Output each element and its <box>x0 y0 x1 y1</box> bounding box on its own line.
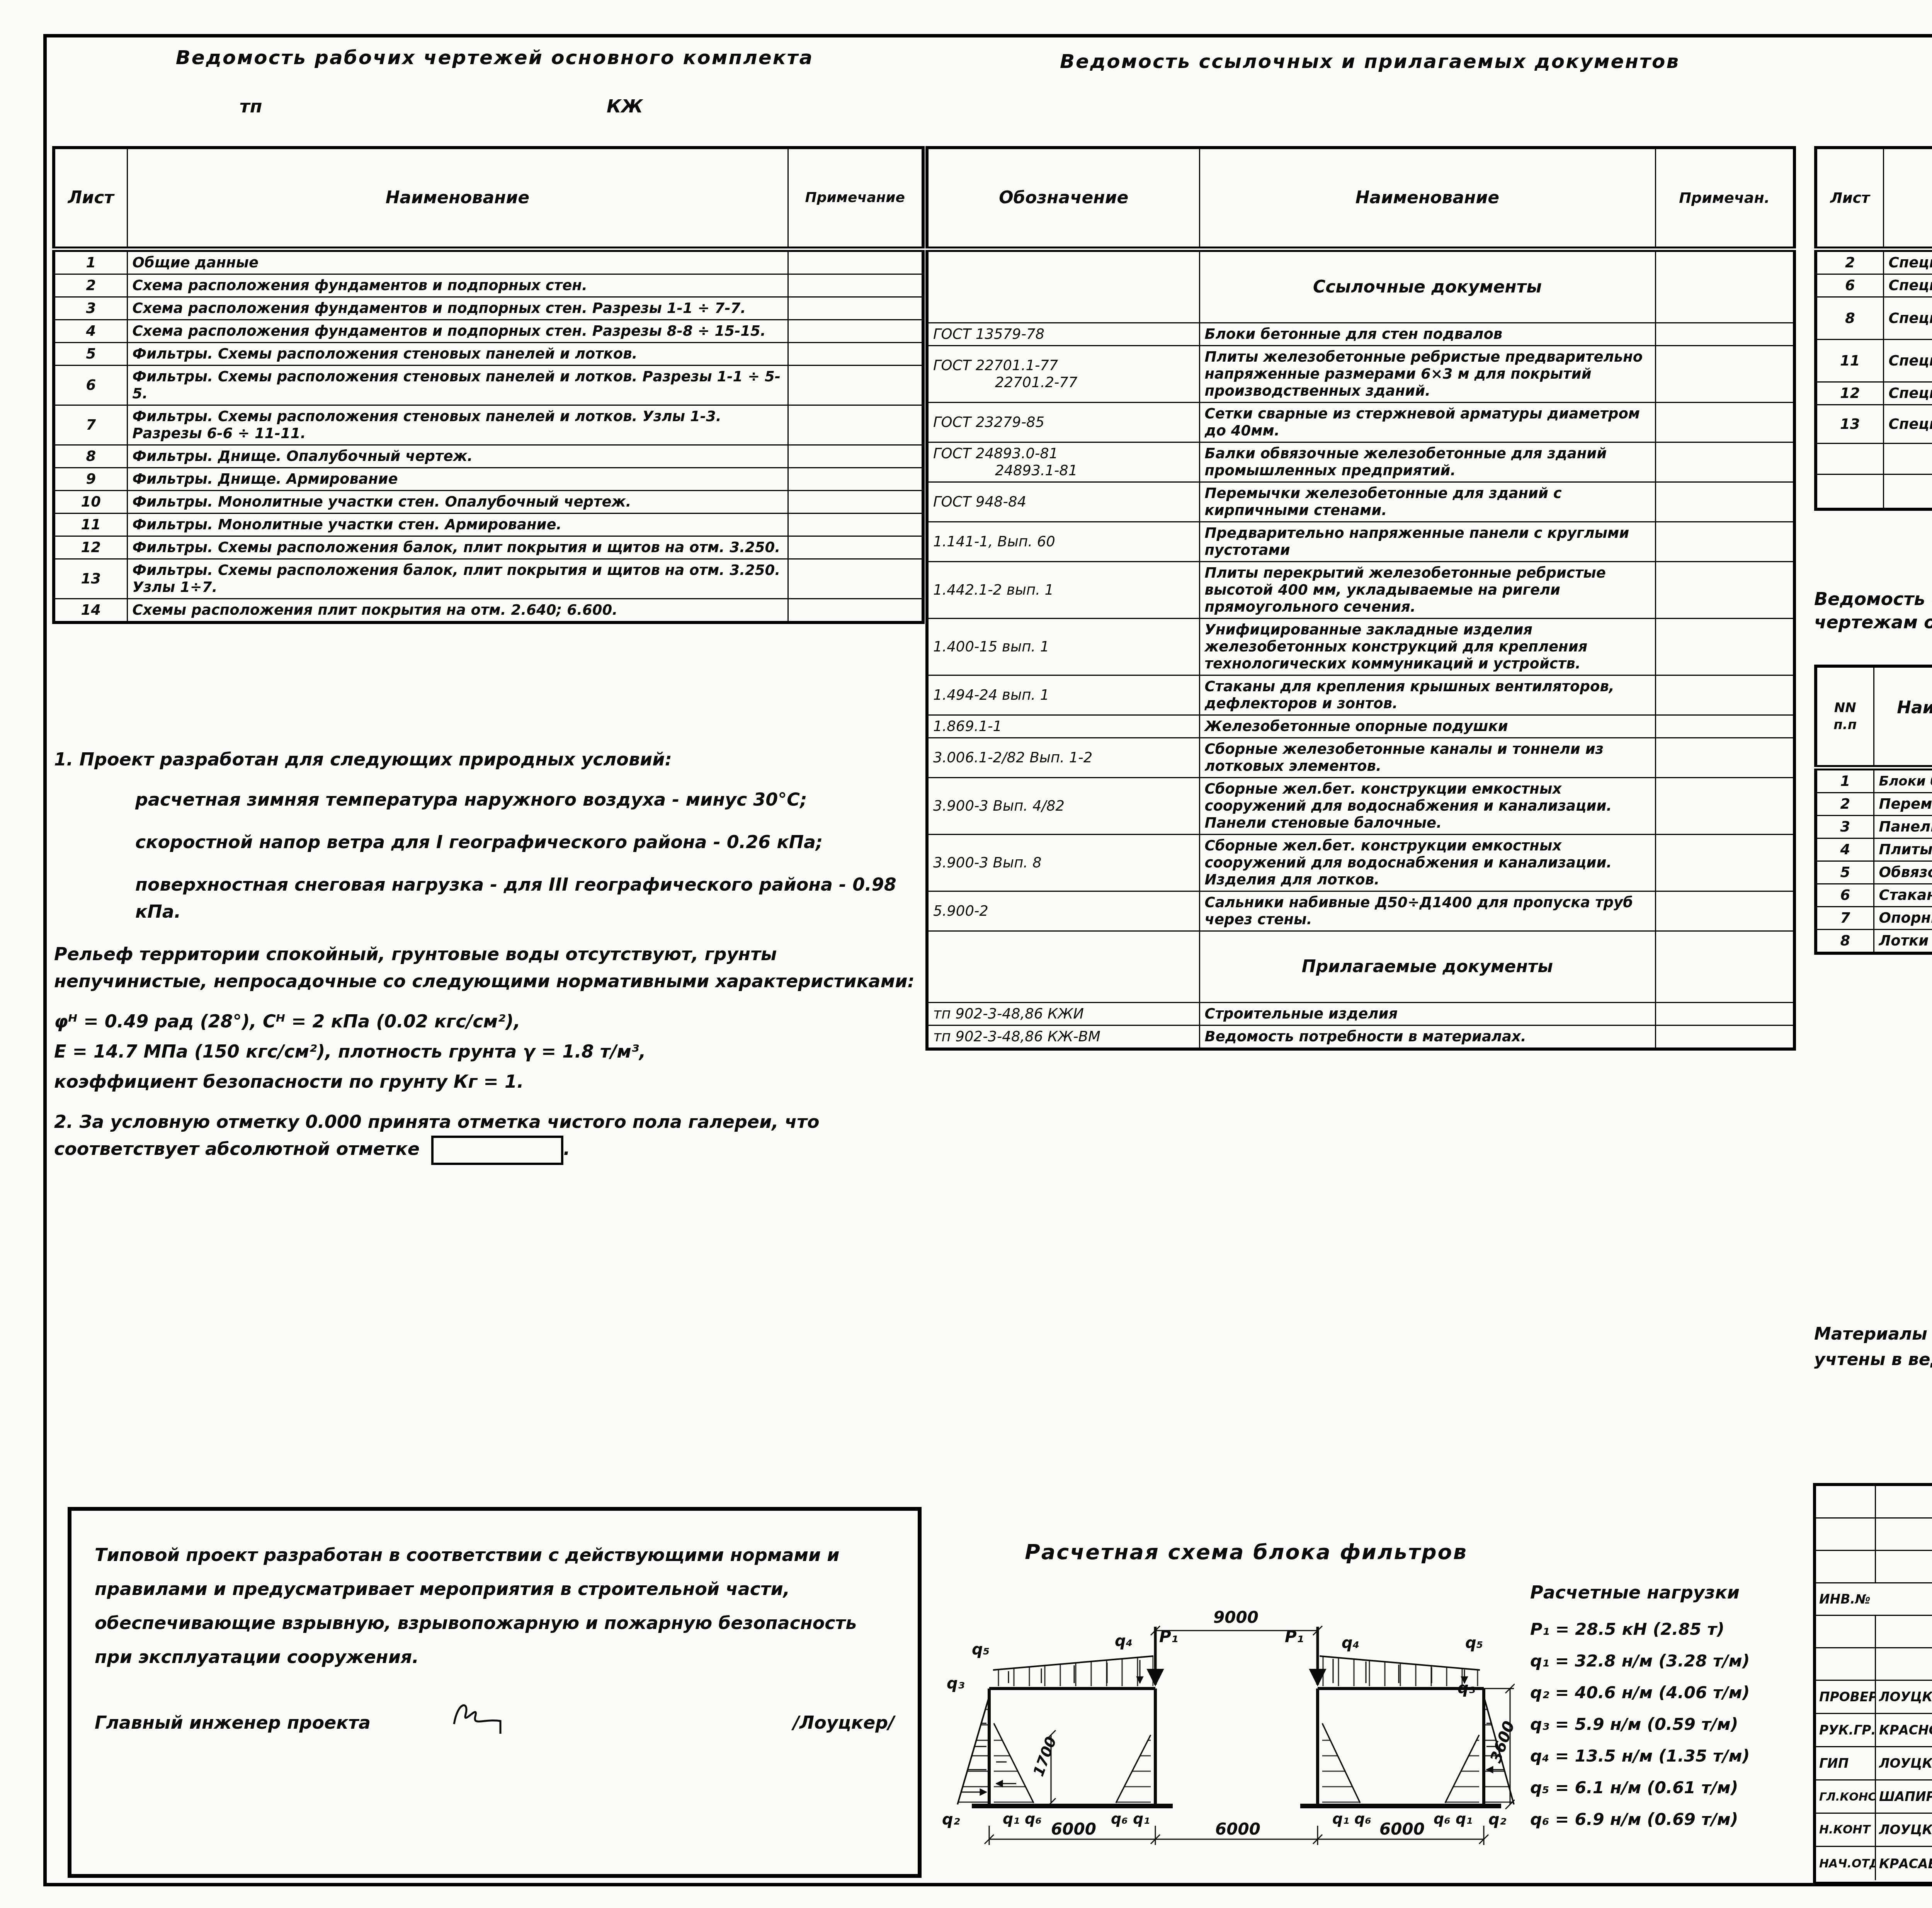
note-cell <box>788 366 923 405</box>
col-name: Наименование группы элементов конструкци… <box>1874 666 1932 768</box>
sheet-name: Общие данные <box>127 249 788 274</box>
stamp-left-grid: ИНВ.№ ПРОВЕР.ЛОУЦКЕР РУК.ГР.КРАСНОВА ГИП… <box>1816 1486 1932 1882</box>
doc-name: Плиты железобетонные ребристые предварит… <box>1199 346 1655 403</box>
table-row: 3Схема расположения фундаментов и подпор… <box>54 297 923 320</box>
table-row: 4Плиты покрытия5841 000 00045.4 <box>1816 838 1932 861</box>
table-row: 12Фильтры. Схемы расположения балок, пли… <box>54 536 923 559</box>
doc-name: Железобетонные опорные подушки <box>1199 715 1655 738</box>
role-name: КРАСНОВА <box>1876 1714 1932 1746</box>
doc-name: Ведомость потребности в материалах. <box>1199 1025 1655 1049</box>
col-code: Обозначение <box>927 148 1199 249</box>
calculation-scheme-drawing: 1700 9000 3600 6000 6000 6000 P₁ P₁ q₅ <box>935 1569 1515 1878</box>
sheet-name: Схема расположения фундаментов и подпорн… <box>127 320 788 343</box>
role-row: ГИПЛОУЦКЕР <box>1816 1747 1932 1780</box>
doc-name: Сальники набивные Д50÷Д1400 для пропуска… <box>1199 891 1655 931</box>
doc-name: Блоки бетонные для стен подвалов <box>1199 323 1655 346</box>
stamp-empty-row <box>1816 1486 1932 1519</box>
label-q6q1-2: q₆ q₁ <box>1434 1810 1473 1827</box>
table-row: 11Фильтры. Монолитные участки стен. Арми… <box>54 514 923 536</box>
sheet-no: 11 <box>1816 340 1883 382</box>
code-cell <box>927 249 1199 323</box>
note-cell <box>788 445 923 468</box>
note-cell <box>788 514 923 536</box>
elevation-mark-box <box>431 1136 563 1165</box>
group-name: Блоки бетонные для стен подвалов <box>1874 768 1932 793</box>
dim-9000: 9000 <box>1213 1608 1259 1627</box>
code-cell: 1.869.1-1 <box>927 715 1199 738</box>
ref-table-title: Ведомость ссылочных и прилагаемых докуме… <box>958 50 1781 73</box>
loads-legend: Расчетные нагрузки P₁ = 28.5 кН (2.85 т)… <box>1530 1576 1801 1835</box>
table-row: 9Фильтры. Днище. Армирование <box>54 468 923 491</box>
label-q6q1-1: q₆ q₁ <box>1111 1810 1150 1827</box>
sheet-name: Фильтры. Монолитные участки стен. Армиро… <box>127 514 788 536</box>
sheet-no: 9 <box>54 468 127 491</box>
role-label: ГИП <box>1816 1747 1876 1779</box>
doc-name: Сборные жел.бет. конструкции емкостных с… <box>1199 835 1655 891</box>
table-row <box>1816 444 1932 474</box>
table-row: 1Блоки бетонные для стен подвалов5811 00… <box>1816 768 1932 793</box>
sheet-no: 11 <box>54 514 127 536</box>
general-notes: 1. Проект разработан для следующих приро… <box>54 746 927 1178</box>
code-cell: ГОСТ 948-84 <box>927 482 1199 522</box>
table-row: ГОСТ 22701.1-7722701.2-77Плиты железобет… <box>927 346 1794 403</box>
inv-label: ИНВ.№ <box>1816 1583 1932 1615</box>
label-q2-left: q₂ <box>942 1811 960 1828</box>
dim-1700: 1700 <box>1030 1735 1060 1779</box>
table-row: ГОСТ 24893.0-8124893.1-81Балки обвязочны… <box>927 442 1794 482</box>
section-row: Ссылочные документы <box>927 249 1794 323</box>
table-row: 6Фильтры. Схемы расположения стеновых па… <box>54 366 923 405</box>
col-sheet: Лист <box>54 148 127 249</box>
table-row: 6Спецификация к схемам расположения стен… <box>1816 274 1932 297</box>
table-row: ГОСТ 23279-85Сетки сварные из стержневой… <box>927 403 1794 442</box>
role-label: Н.КОНТ <box>1816 1814 1876 1846</box>
table-row: 1.400-15 вып. 1Унифицированные закладные… <box>927 619 1794 675</box>
sheet-no: 13 <box>1816 405 1883 444</box>
referenced-documents-table: Обозначение Наименование Примечан. Ссыло… <box>925 146 1796 1051</box>
note-cell <box>1655 442 1794 482</box>
sheet-no <box>1816 444 1883 474</box>
section-name: Прилагаемые документы <box>1199 931 1655 1003</box>
table-row: 8Лотки5858 00 00 0019.8 <box>1816 930 1932 954</box>
stamp-empty-row <box>1816 1551 1932 1583</box>
note-item-2-period: . <box>563 1138 570 1159</box>
row-no: 7 <box>1816 907 1874 930</box>
role-name: ЛОУЦКЕР <box>1876 1814 1932 1846</box>
code-cell <box>927 931 1199 1003</box>
table-row: 3.900-3 Вып. 4/82Сборные жел.бет. констр… <box>927 778 1794 835</box>
note-cell <box>1655 835 1794 891</box>
sheet-no: 13 <box>54 559 127 599</box>
table-row: 1.141-1, Вып. 60Предварительно напряженн… <box>927 522 1794 562</box>
note-cell <box>1655 482 1794 522</box>
sheet-name: Фильтры. Схемы расположения стеновых пан… <box>127 366 788 405</box>
note-cell <box>1655 346 1794 403</box>
table-row: 8Спецификация к монолитному днищу. <box>1816 297 1932 340</box>
table-row: ГОСТ 948-84Перемычки железобетонные для … <box>927 482 1794 522</box>
table-row: 2Перемычки5828 000 0000.12 <box>1816 793 1932 816</box>
row-no: 3 <box>1816 816 1874 838</box>
table-row: 5Фильтры. Схемы расположения стеновых па… <box>54 343 923 366</box>
code-cell: тп 902-3-48,86 КЖИ <box>927 1003 1199 1025</box>
role-row: ГЛ.КОНСТШАПИРО <box>1816 1780 1932 1814</box>
code-cell: ГОСТ 22701.1-7722701.2-77 <box>927 346 1199 403</box>
note-cell <box>788 491 923 514</box>
role-name: КРАСАВИН <box>1876 1847 1932 1880</box>
group-name: Обвязочные балки <box>1874 861 1932 884</box>
title-block: ИНВ.№ ПРОВЕР.ЛОУЦКЕР РУК.ГР.КРАСНОВА ГИП… <box>1813 1483 1932 1885</box>
materials-note: Материалы на изготовление сборных бетонн… <box>1814 1321 1932 1372</box>
load-value: q₄ = 13.5 н/м (1.35 т/м) <box>1530 1740 1801 1772</box>
doc-name: Сборные жел.бет. конструкции емкостных с… <box>1199 778 1655 835</box>
role-row: Н.КОНТЛОУЦКЕР <box>1816 1814 1932 1847</box>
label-q3-left: q₃ <box>947 1675 965 1692</box>
code-cell: 3.006.1-2/82 Вып. 1-2 <box>927 738 1199 778</box>
sheet-no: 1 <box>54 249 127 274</box>
table-row: 2Схема расположения фундаментов и подпор… <box>54 274 923 297</box>
sheet-name: Фильтры. Схемы расположения балок, плит … <box>127 536 788 559</box>
stamp-empty-row <box>1816 1519 1932 1551</box>
table-row: тп 902-3-48,86 КЖИСтроительные изделия <box>927 1003 1794 1025</box>
note-cell <box>788 320 923 343</box>
sign-role: Главный инженер проекта <box>95 1706 442 1740</box>
note-cell <box>1655 562 1794 619</box>
note-cell <box>1655 715 1794 738</box>
label-q2-right: q₂ <box>1488 1811 1507 1828</box>
sheet-name: Фильтры. Схемы расположения балок, плит … <box>127 559 788 599</box>
label-p1-right: P₁ <box>1285 1627 1304 1646</box>
doc-name: Строительные изделия <box>1199 1003 1655 1025</box>
note-cell <box>788 297 923 320</box>
specifications-table: Лист Наименование Примечан 2Спецификация… <box>1814 146 1932 511</box>
group-name: Опорные подушки <box>1874 907 1932 930</box>
table-row: 5Обвязочные балки5824 00 00 0011.8 <box>1816 861 1932 884</box>
dim-6000-1: 6000 <box>1051 1820 1096 1838</box>
sheet-no <box>1816 474 1883 509</box>
table-row: 13Фильтры. Схемы расположения балок, пли… <box>54 559 923 599</box>
sheet-no: 5 <box>54 343 127 366</box>
code-cell: ГОСТ 13579-78 <box>927 323 1199 346</box>
spec-table-title: Ведомость спецификации <box>1874 54 1932 77</box>
chief-engineer-signature-row: Главный инженер проекта /Лоуцкер/ <box>95 1697 895 1740</box>
stamp-empty-row <box>1816 1648 1932 1681</box>
label-q1q6-2: q₁ q₆ <box>1332 1810 1371 1827</box>
role-label: ГЛ.КОНСТ <box>1816 1780 1876 1813</box>
note-cell <box>1655 522 1794 562</box>
sheet-no: 10 <box>54 491 127 514</box>
spec-name: Спецификация к монолитному днищу. <box>1883 297 1932 340</box>
sheet-no: 6 <box>54 366 127 405</box>
spec-name: Спецификация к схемам расположения стено… <box>1883 274 1932 297</box>
code-cell: ГОСТ 23279-85 <box>927 403 1199 442</box>
note-cell <box>1655 891 1794 931</box>
sheet-no: 8 <box>1816 297 1883 340</box>
table-row: 8Фильтры. Днище. Опалубочный чертеж. <box>54 445 923 468</box>
table-row: 7Опорные подушки0.4 <box>1816 907 1932 930</box>
table-row: 12Спецификация к схемам расположения пли… <box>1816 382 1932 405</box>
note-cell <box>788 536 923 559</box>
code-cell: 1.400-15 вып. 1 <box>927 619 1199 675</box>
role-label: РУК.ГР. <box>1816 1714 1876 1746</box>
sheet-no: 12 <box>54 536 127 559</box>
label-q4-left: q₄ <box>1115 1632 1133 1650</box>
note-cell <box>1655 778 1794 835</box>
doc-name: Стаканы для крепления крышных вентилятор… <box>1199 675 1655 715</box>
code-cell: 1.494-24 вып. 1 <box>927 675 1199 715</box>
sheet-name: Схема расположения фундаментов и подпорн… <box>127 274 788 297</box>
load-value: P₁ = 28.5 кН (2.85 т) <box>1530 1614 1801 1645</box>
role-label: НАЧ.ОТД <box>1816 1847 1876 1880</box>
col-note: Примечание <box>788 148 923 249</box>
sign-name: /Лоуцкер/ <box>793 1706 895 1740</box>
note-cell <box>1655 675 1794 715</box>
sheet-name: Фильтры. Монолитные участки стен. Опалуб… <box>127 491 788 514</box>
load-value: q₁ = 32.8 н/м (3.28 т/м) <box>1530 1645 1801 1677</box>
note-cell <box>1655 738 1794 778</box>
label-q5-right: q₅ <box>1465 1634 1483 1652</box>
note-cell <box>1655 619 1794 675</box>
stamp-empty-row <box>1816 1616 1932 1648</box>
role-name: ЛОУЦКЕР <box>1876 1681 1932 1713</box>
table-row: 1.494-24 вып. 1Стаканы для крепления кры… <box>927 675 1794 715</box>
note-item-2: 2. За условную отметку 0.000 принята отм… <box>54 1108 927 1165</box>
table-header: Лист Наименование Примечан <box>1816 148 1932 249</box>
code-cell: тп 902-3-48,86 КЖ-ВМ <box>927 1025 1199 1049</box>
spec-name: Спецификация к схеме расположения плит п… <box>1883 405 1932 444</box>
col-name: Наименование <box>1199 148 1655 249</box>
code-cell: 1.141-1, Вып. 60 <box>927 522 1199 562</box>
note-condition-3: поверхностная снеговая нагрузка - для II… <box>54 871 927 925</box>
sheet-name: Фильтры. Днище. Армирование <box>127 468 788 491</box>
group-name: Панели стеновые емкостные <box>1874 816 1932 838</box>
role-name: ШАПИРО <box>1876 1780 1932 1813</box>
sheet-no: 14 <box>54 599 127 623</box>
doc-name: Плиты перекрытий железобетонные ребристы… <box>1199 562 1655 619</box>
statement-box: Типовой проект разработан в соответствии… <box>68 1507 922 1878</box>
section-row: Прилагаемые документы <box>927 931 1794 1003</box>
scheme-title: Расчетная схема блока фильтров <box>947 1540 1546 1564</box>
spec-name: Спецификация к схемам расположения плит … <box>1883 382 1932 405</box>
doc-name: Балки обвязочные железобетонные для здан… <box>1199 442 1655 482</box>
table-row <box>1816 474 1932 509</box>
note-cell <box>788 405 923 445</box>
volumes-table: NN п.п Наименование группы элементов кон… <box>1814 665 1932 955</box>
note-cell <box>788 343 923 366</box>
note-cell <box>1655 403 1794 442</box>
table-row: 3.006.1-2/82 Вып. 1-2Сборные железобетон… <box>927 738 1794 778</box>
code-cell: 5.900-2 <box>927 891 1199 931</box>
role-row: НАЧ.ОТДКРАСАВИН <box>1816 1847 1932 1880</box>
doc-name: Предварительно напряженные панели с круг… <box>1199 522 1655 562</box>
load-value: q₂ = 40.6 н/м (4.06 т/м) <box>1530 1677 1801 1709</box>
code-cell: ГОСТ 24893.0-8124893.1-81 <box>927 442 1199 482</box>
table-row: 1.442.1-2 вып. 1Плиты перекрытий железоб… <box>927 562 1794 619</box>
sheet-no: 6 <box>1816 274 1883 297</box>
note-cell <box>788 559 923 599</box>
table-row: 2Спецификация к схеме расположения фунда… <box>1816 249 1932 274</box>
table-row: ГОСТ 13579-78Блоки бетонные для стен под… <box>927 323 1794 346</box>
table-row: 10Фильтры. Монолитные участки стен. Опал… <box>54 491 923 514</box>
group-name: Лотки <box>1874 930 1932 954</box>
doc-name: Сетки сварные из стержневой арматуры диа… <box>1199 403 1655 442</box>
group-name: Стакан <box>1874 884 1932 907</box>
spec-name <box>1883 474 1932 509</box>
left-table-title: Ведомость рабочих чертежей основного ком… <box>97 46 893 69</box>
col-name: Наименование <box>1883 148 1932 249</box>
doc-name: Перемычки железобетонные для зданий с ки… <box>1199 482 1655 522</box>
role-row: РУК.ГР.КРАСНОВА <box>1816 1714 1932 1747</box>
col-sheet: Лист <box>1816 148 1883 249</box>
table-row: 7Фильтры. Схемы расположения стеновых па… <box>54 405 923 445</box>
table-header: Лист Наименование Примечание <box>54 148 923 249</box>
dim-6000-3: 6000 <box>1379 1820 1425 1838</box>
sheet-no: 3 <box>54 297 127 320</box>
load-value: q₃ = 5.9 н/м (0.59 т/м) <box>1530 1709 1801 1740</box>
note-formula-3: коэффициент безопасности по грунту Кг = … <box>54 1068 927 1095</box>
note-cell <box>788 249 923 274</box>
code-cell: 1.442.1-2 вып. 1 <box>927 562 1199 619</box>
role-name: ЛОУЦКЕР <box>1876 1747 1932 1779</box>
stamp-inv-row: ИНВ.№ <box>1816 1583 1932 1616</box>
table-row: 13Спецификация к схеме расположения плит… <box>1816 405 1932 444</box>
set-mark-kzh: КЖ <box>607 96 643 117</box>
doc-name: Сборные железобетонные каналы и тоннели … <box>1199 738 1655 778</box>
label-q3-right: q₃ <box>1458 1679 1476 1697</box>
table-row: 4Схема расположения фундаментов и подпор… <box>54 320 923 343</box>
note-condition-1: расчетная зимняя температура наружного в… <box>54 786 927 813</box>
sheet-no: 2 <box>1816 249 1883 274</box>
group-name: Плиты покрытия <box>1874 838 1932 861</box>
col-name: Наименование <box>127 148 788 249</box>
note-formula-2: Е = 14.7 МПа (150 кгс/см²), плотность гр… <box>54 1038 927 1065</box>
note-cell <box>1655 249 1794 323</box>
note-cell <box>788 599 923 623</box>
note-cell <box>788 274 923 297</box>
group-name: Перемычки <box>1874 793 1932 816</box>
row-no: 8 <box>1816 930 1874 954</box>
table-row: 1.869.1-1Железобетонные опорные подушки <box>927 715 1794 738</box>
note-cell <box>1655 1025 1794 1049</box>
note-item-1: 1. Проект разработан для следующих приро… <box>54 746 927 773</box>
role-row: ПРОВЕР.ЛОУЦКЕР <box>1816 1681 1932 1714</box>
sheet-name: Фильтры. Днище. Опалубочный чертеж. <box>127 445 788 468</box>
sheet-no: 7 <box>54 405 127 445</box>
row-no: 5 <box>1816 861 1874 884</box>
sheet-name: Схемы расположения плит покрытия на отм.… <box>127 599 788 623</box>
spec-name: Спецификация к монолитным участкам. <box>1883 340 1932 382</box>
drawing-sheet: Ведомость рабочих чертежей основного ком… <box>0 0 1932 1908</box>
note-cell <box>1655 931 1794 1003</box>
row-no: 1 <box>1816 768 1874 793</box>
table-row: 1Общие данные <box>54 249 923 274</box>
sheet-name: Фильтры. Схемы расположения стеновых пан… <box>127 405 788 445</box>
note-condition-2: скоростной напор ветра для I географичес… <box>54 828 927 855</box>
table-row: тп 902-3-48,86 КЖ-ВМВедомость потребност… <box>927 1025 1794 1049</box>
table-row: 3Панели стеновые емкостные123.4 <box>1816 816 1932 838</box>
row-no: 2 <box>1816 793 1874 816</box>
load-value: q₆ = 6.9 н/м (0.69 т/м) <box>1530 1804 1801 1835</box>
note-cell <box>1655 1003 1794 1025</box>
sheet-name: Схема расположения фундаментов и подпорн… <box>127 297 788 320</box>
doc-name: Унифицированные закладные изделия железо… <box>1199 619 1655 675</box>
sheet-no: 4 <box>54 320 127 343</box>
label-p1-left: P₁ <box>1159 1627 1178 1646</box>
table-row: 6Стакан0.46 <box>1816 884 1932 907</box>
label-q4-right: q₄ <box>1342 1634 1359 1652</box>
sheet-name: Фильтры. Схемы расположения стеновых пан… <box>127 343 788 366</box>
label-q5-left: q₅ <box>972 1641 990 1658</box>
spec-name: Спецификация к схеме расположения фундам… <box>1883 249 1932 274</box>
table-row: 5.900-2Сальники набивные Д50÷Д1400 для п… <box>927 891 1794 931</box>
note-relief: Рельеф территории спокойный, грунтовые в… <box>54 940 927 995</box>
row-no: 6 <box>1816 884 1874 907</box>
code-cell: 3.900-3 Вып. 4/82 <box>927 778 1199 835</box>
note-cell <box>1655 323 1794 346</box>
vol-table-title: Ведомость объемов сборных бетонных и жел… <box>1814 587 1932 634</box>
label-q1q6-1: q₁ q₆ <box>1003 1810 1042 1827</box>
statement-text: Типовой проект разработан в соответствии… <box>95 1538 895 1674</box>
table-header: Обозначение Наименование Примечан. <box>927 148 1794 249</box>
table-row: 11Спецификация к монолитным участкам. <box>1816 340 1932 382</box>
signature-icon <box>442 1697 524 1740</box>
sheet-no: 12 <box>1816 382 1883 405</box>
table-header: NN п.п Наименование группы элементов кон… <box>1816 666 1932 768</box>
section-name: Ссылочные документы <box>1199 249 1655 323</box>
row-no: 4 <box>1816 838 1874 861</box>
code-cell: 3.900-3 Вып. 8 <box>927 835 1199 891</box>
note-cell <box>788 468 923 491</box>
set-mark-tp: тп <box>240 96 262 117</box>
loads-title: Расчетные нагрузки <box>1530 1576 1801 1608</box>
col-nn: NN п.п <box>1816 666 1874 768</box>
table-row: 14Схемы расположения плит покрытия на от… <box>54 599 923 623</box>
table-row: 3.900-3 Вып. 8Сборные жел.бет. конструкц… <box>927 835 1794 891</box>
working-drawings-table: Лист Наименование Примечание 1Общие данн… <box>52 146 925 624</box>
spec-name <box>1883 444 1932 474</box>
load-value: q₅ = 6.1 н/м (0.61 т/м) <box>1530 1772 1801 1804</box>
dim-6000-2: 6000 <box>1215 1820 1260 1838</box>
role-label: ПРОВЕР. <box>1816 1681 1876 1713</box>
note-formula-1: φᴴ = 0.49 рад (28°), Сᴴ = 2 кПа (0.02 кг… <box>54 1008 927 1035</box>
col-note: Примечан. <box>1655 148 1794 249</box>
sheet-no: 2 <box>54 274 127 297</box>
sheet-no: 8 <box>54 445 127 468</box>
